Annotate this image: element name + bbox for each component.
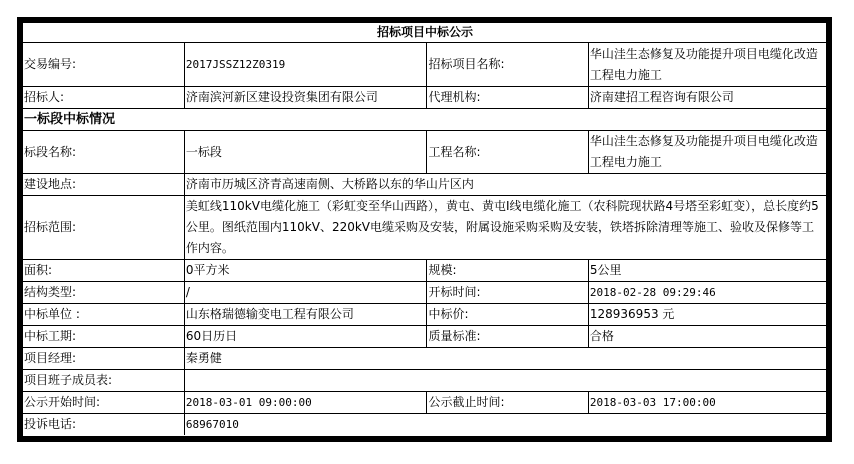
duration-label: 中标工期: (23, 326, 184, 348)
table-row: 建设地点: 济南市历城区济青高速南侧、大桥路以东的华山片区内 (23, 174, 826, 196)
structure-value: / (184, 282, 427, 304)
manager-value: 秦勇健 (184, 348, 826, 370)
table-row: 项目经理: 秦勇健 (23, 348, 826, 370)
price-label: 中标价: (427, 304, 588, 326)
winner-label: 中标单位 : (23, 304, 184, 326)
scale-value: 5公里 (588, 260, 826, 282)
table-row: 招标人: 济南滨河新区建设投资集团有限公司 代理机构: 济南建招工程咨询有限公司 (23, 87, 826, 109)
engineering-name-value: 华山洼生态修复及功能提升项目电缆化改造工程电力施工 (588, 131, 826, 174)
pub-start-value: 2018-03-01 09:00:00 (184, 392, 427, 414)
open-time-value: 2018-02-28 09:29:46 (588, 282, 826, 304)
quality-label: 质量标准: (427, 326, 588, 348)
lot-name-label: 标段名称: (23, 131, 184, 174)
table-row: 标段名称: 一标段 工程名称: 华山洼生态修复及功能提升项目电缆化改造工程电力施… (23, 131, 826, 174)
page-title: 招标项目中标公示 (23, 23, 826, 43)
project-name-label: 招标项目名称: (427, 43, 588, 87)
location-label: 建设地点: (23, 174, 184, 196)
structure-label: 结构类型: (23, 282, 184, 304)
trade-no-label: 交易编号: (23, 43, 184, 87)
scope-value: 美虹线110kV电缆化施工（彩虹变至华山西路），黄屯、黄屯I线电缆化施工（农科院… (184, 196, 826, 260)
table-row: 结构类型: / 开标时间: 2018-02-28 09:29:46 (23, 282, 826, 304)
phone-label: 投诉电话: (23, 414, 184, 436)
phone-value: 68967010 (184, 414, 826, 436)
team-label: 项目班子成员表: (23, 370, 184, 392)
scope-label: 招标范围: (23, 196, 184, 260)
section-row: 一标段中标情况 (23, 109, 826, 131)
area-label: 面积: (23, 260, 184, 282)
area-value: 0平方米 (184, 260, 427, 282)
engineering-name-label: 工程名称: (427, 131, 588, 174)
table-row: 投诉电话: 68967010 (23, 414, 826, 436)
tenderer-label: 招标人: (23, 87, 184, 109)
lot-name-value: 一标段 (184, 131, 427, 174)
pub-end-label: 公示截止时间: (427, 392, 588, 414)
project-name-value: 华山洼生态修复及功能提升项目电缆化改造工程电力施工 (588, 43, 826, 87)
manager-label: 项目经理: (23, 348, 184, 370)
table-row: 公示开始时间: 2018-03-01 09:00:00 公示截止时间: 2018… (23, 392, 826, 414)
price-value: 128936953 元 (588, 304, 826, 326)
bid-award-table: 招标项目中标公示 交易编号: 2017JSSZ12Z0319 招标项目名称: 华… (23, 23, 826, 435)
table-row: 交易编号: 2017JSSZ12Z0319 招标项目名称: 华山洼生态修复及功能… (23, 43, 826, 87)
pub-end-value: 2018-03-03 17:00:00 (588, 392, 826, 414)
table-row: 项目班子成员表: (23, 370, 826, 392)
winner-value: 山东格瑞德输变电工程有限公司 (184, 304, 427, 326)
open-time-label: 开标时间: (427, 282, 588, 304)
quality-value: 合格 (588, 326, 826, 348)
section-heading: 一标段中标情况 (23, 109, 826, 131)
agency-label: 代理机构: (427, 87, 588, 109)
agency-value: 济南建招工程咨询有限公司 (588, 87, 826, 109)
title-row: 招标项目中标公示 (23, 23, 826, 43)
table-row: 招标范围: 美虹线110kV电缆化施工（彩虹变至华山西路），黄屯、黄屯I线电缆化… (23, 196, 826, 260)
trade-no-value: 2017JSSZ12Z0319 (184, 43, 427, 87)
duration-value: 60日历日 (184, 326, 427, 348)
location-value: 济南市历城区济青高速南侧、大桥路以东的华山片区内 (184, 174, 826, 196)
announcement-table-frame: 招标项目中标公示 交易编号: 2017JSSZ12Z0319 招标项目名称: 华… (17, 17, 832, 442)
table-row: 中标单位 : 山东格瑞德输变电工程有限公司 中标价: 128936953 元 (23, 304, 826, 326)
table-row: 面积: 0平方米 规模: 5公里 (23, 260, 826, 282)
pub-start-label: 公示开始时间: (23, 392, 184, 414)
scale-label: 规模: (427, 260, 588, 282)
table-row: 中标工期: 60日历日 质量标准: 合格 (23, 326, 826, 348)
team-value (184, 370, 826, 392)
tenderer-value: 济南滨河新区建设投资集团有限公司 (184, 87, 427, 109)
